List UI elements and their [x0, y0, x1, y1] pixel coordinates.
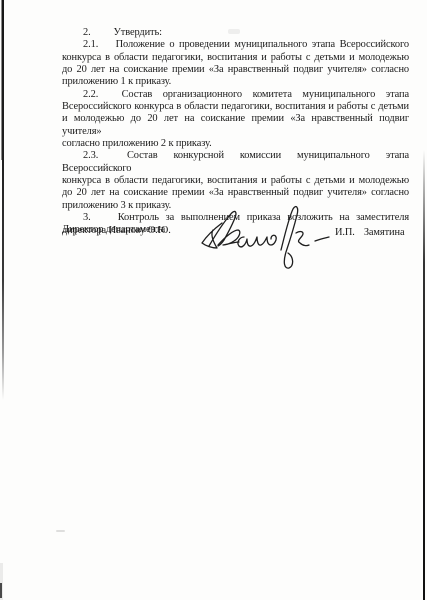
scan-smudge: [56, 530, 65, 532]
document-line: конкурса в области педагогики, воспитани…: [62, 52, 409, 64]
document-line: конкурса в области педагогики, воспитани…: [62, 175, 409, 187]
document-line: до 20 лет на соискание премии «За нравст…: [62, 64, 409, 76]
scan-artifact-left-edge: [2, 0, 4, 400]
document-line: 2.3. Состав конкурсной комиссии муниципа…: [62, 150, 409, 175]
paragraph-number: 3.: [83, 212, 111, 224]
document-line: согласно приложению 2 к приказу.: [62, 138, 409, 150]
signatory-surname: Замятина: [364, 227, 405, 239]
document-line: приложению 1 к приказу.: [62, 76, 409, 88]
paragraph-text: Положение о проведении муниципального эт…: [116, 39, 409, 50]
signatory-name: И.П. Замятина: [335, 227, 404, 239]
paragraph-number: 2.1.: [83, 39, 111, 51]
paragraph-number: 2.3.: [83, 150, 111, 162]
document-line: до 20 лет на соискание премии «За нравст…: [62, 187, 409, 199]
document-line: 2.2. Состав организационного комитета му…: [62, 89, 409, 101]
scan-artifact-bottom-left: [0, 583, 2, 598]
paragraph-text: Состав организационного комитета муницип…: [122, 89, 409, 100]
paragraph-number: 2.2.: [83, 89, 111, 101]
document-line: 2. Утвердить:: [62, 27, 409, 39]
scan-artifact-left-edge-dark: [1, 0, 2, 160]
document-line: 2.1. Положение о проведении муниципально…: [62, 39, 409, 51]
signatory-position-title: Директор департамента: [62, 224, 165, 236]
scan-artifact-right-edge: [423, 150, 425, 600]
paragraph-text: Состав конкурсной комиссии муниципальног…: [62, 150, 409, 173]
signatory-initials: И.П.: [335, 227, 355, 239]
scanned-document-page: 2. Утвердить: 2.1. Положение о проведени…: [0, 0, 427, 600]
paragraph-text: Утвердить:: [114, 27, 162, 38]
document-line: и молодежью до 20 лет на соискание преми…: [62, 113, 409, 138]
document-line: Всероссийского конкурса в области педаго…: [62, 101, 409, 113]
handwritten-signature-icon: [196, 202, 336, 272]
paragraph-number: 2.: [83, 27, 111, 39]
